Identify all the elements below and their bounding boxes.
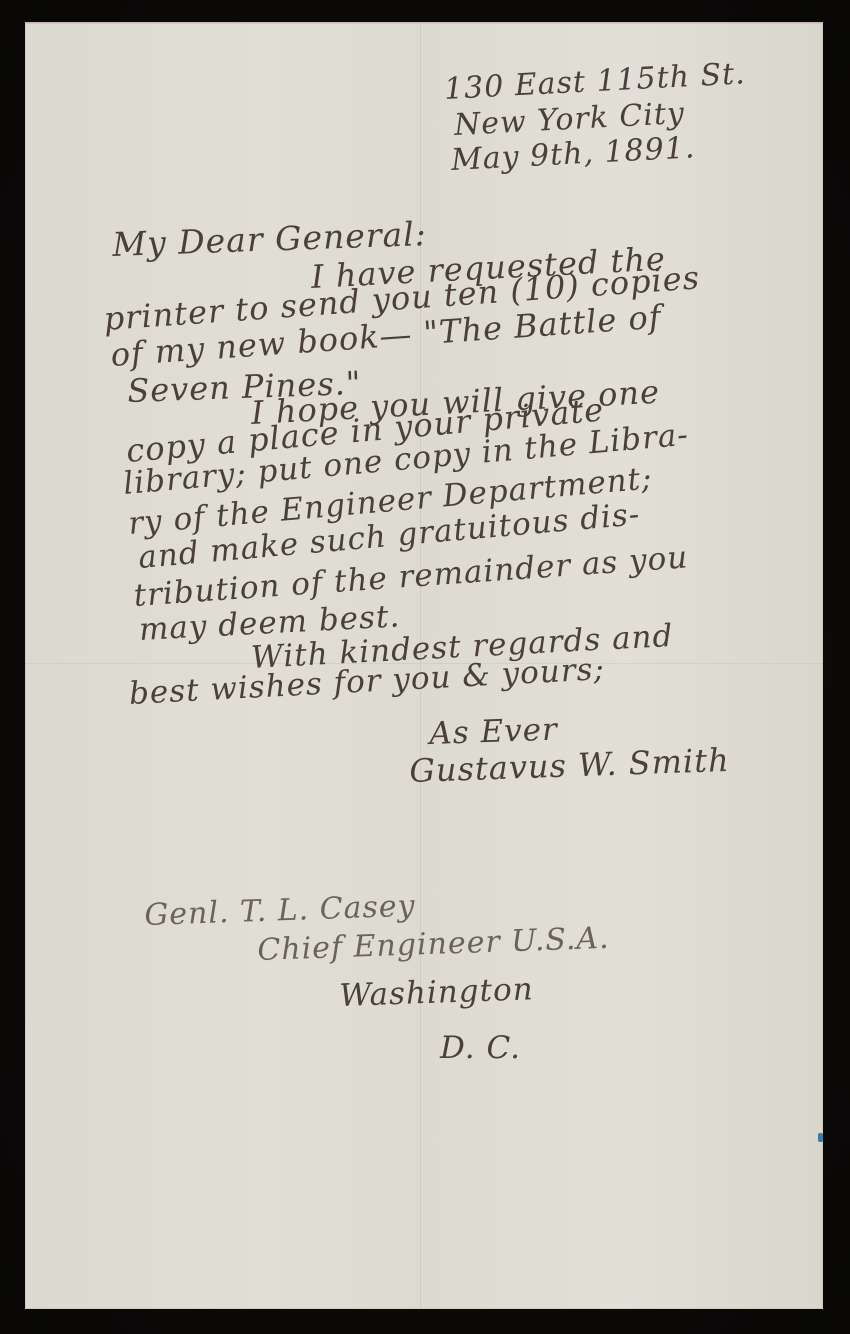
closing: As Ever bbox=[429, 712, 559, 752]
ink-speck bbox=[818, 1133, 823, 1142]
addressee-line-4: D. C. bbox=[440, 1030, 521, 1066]
addressee-line-3: Washington bbox=[339, 971, 534, 1014]
